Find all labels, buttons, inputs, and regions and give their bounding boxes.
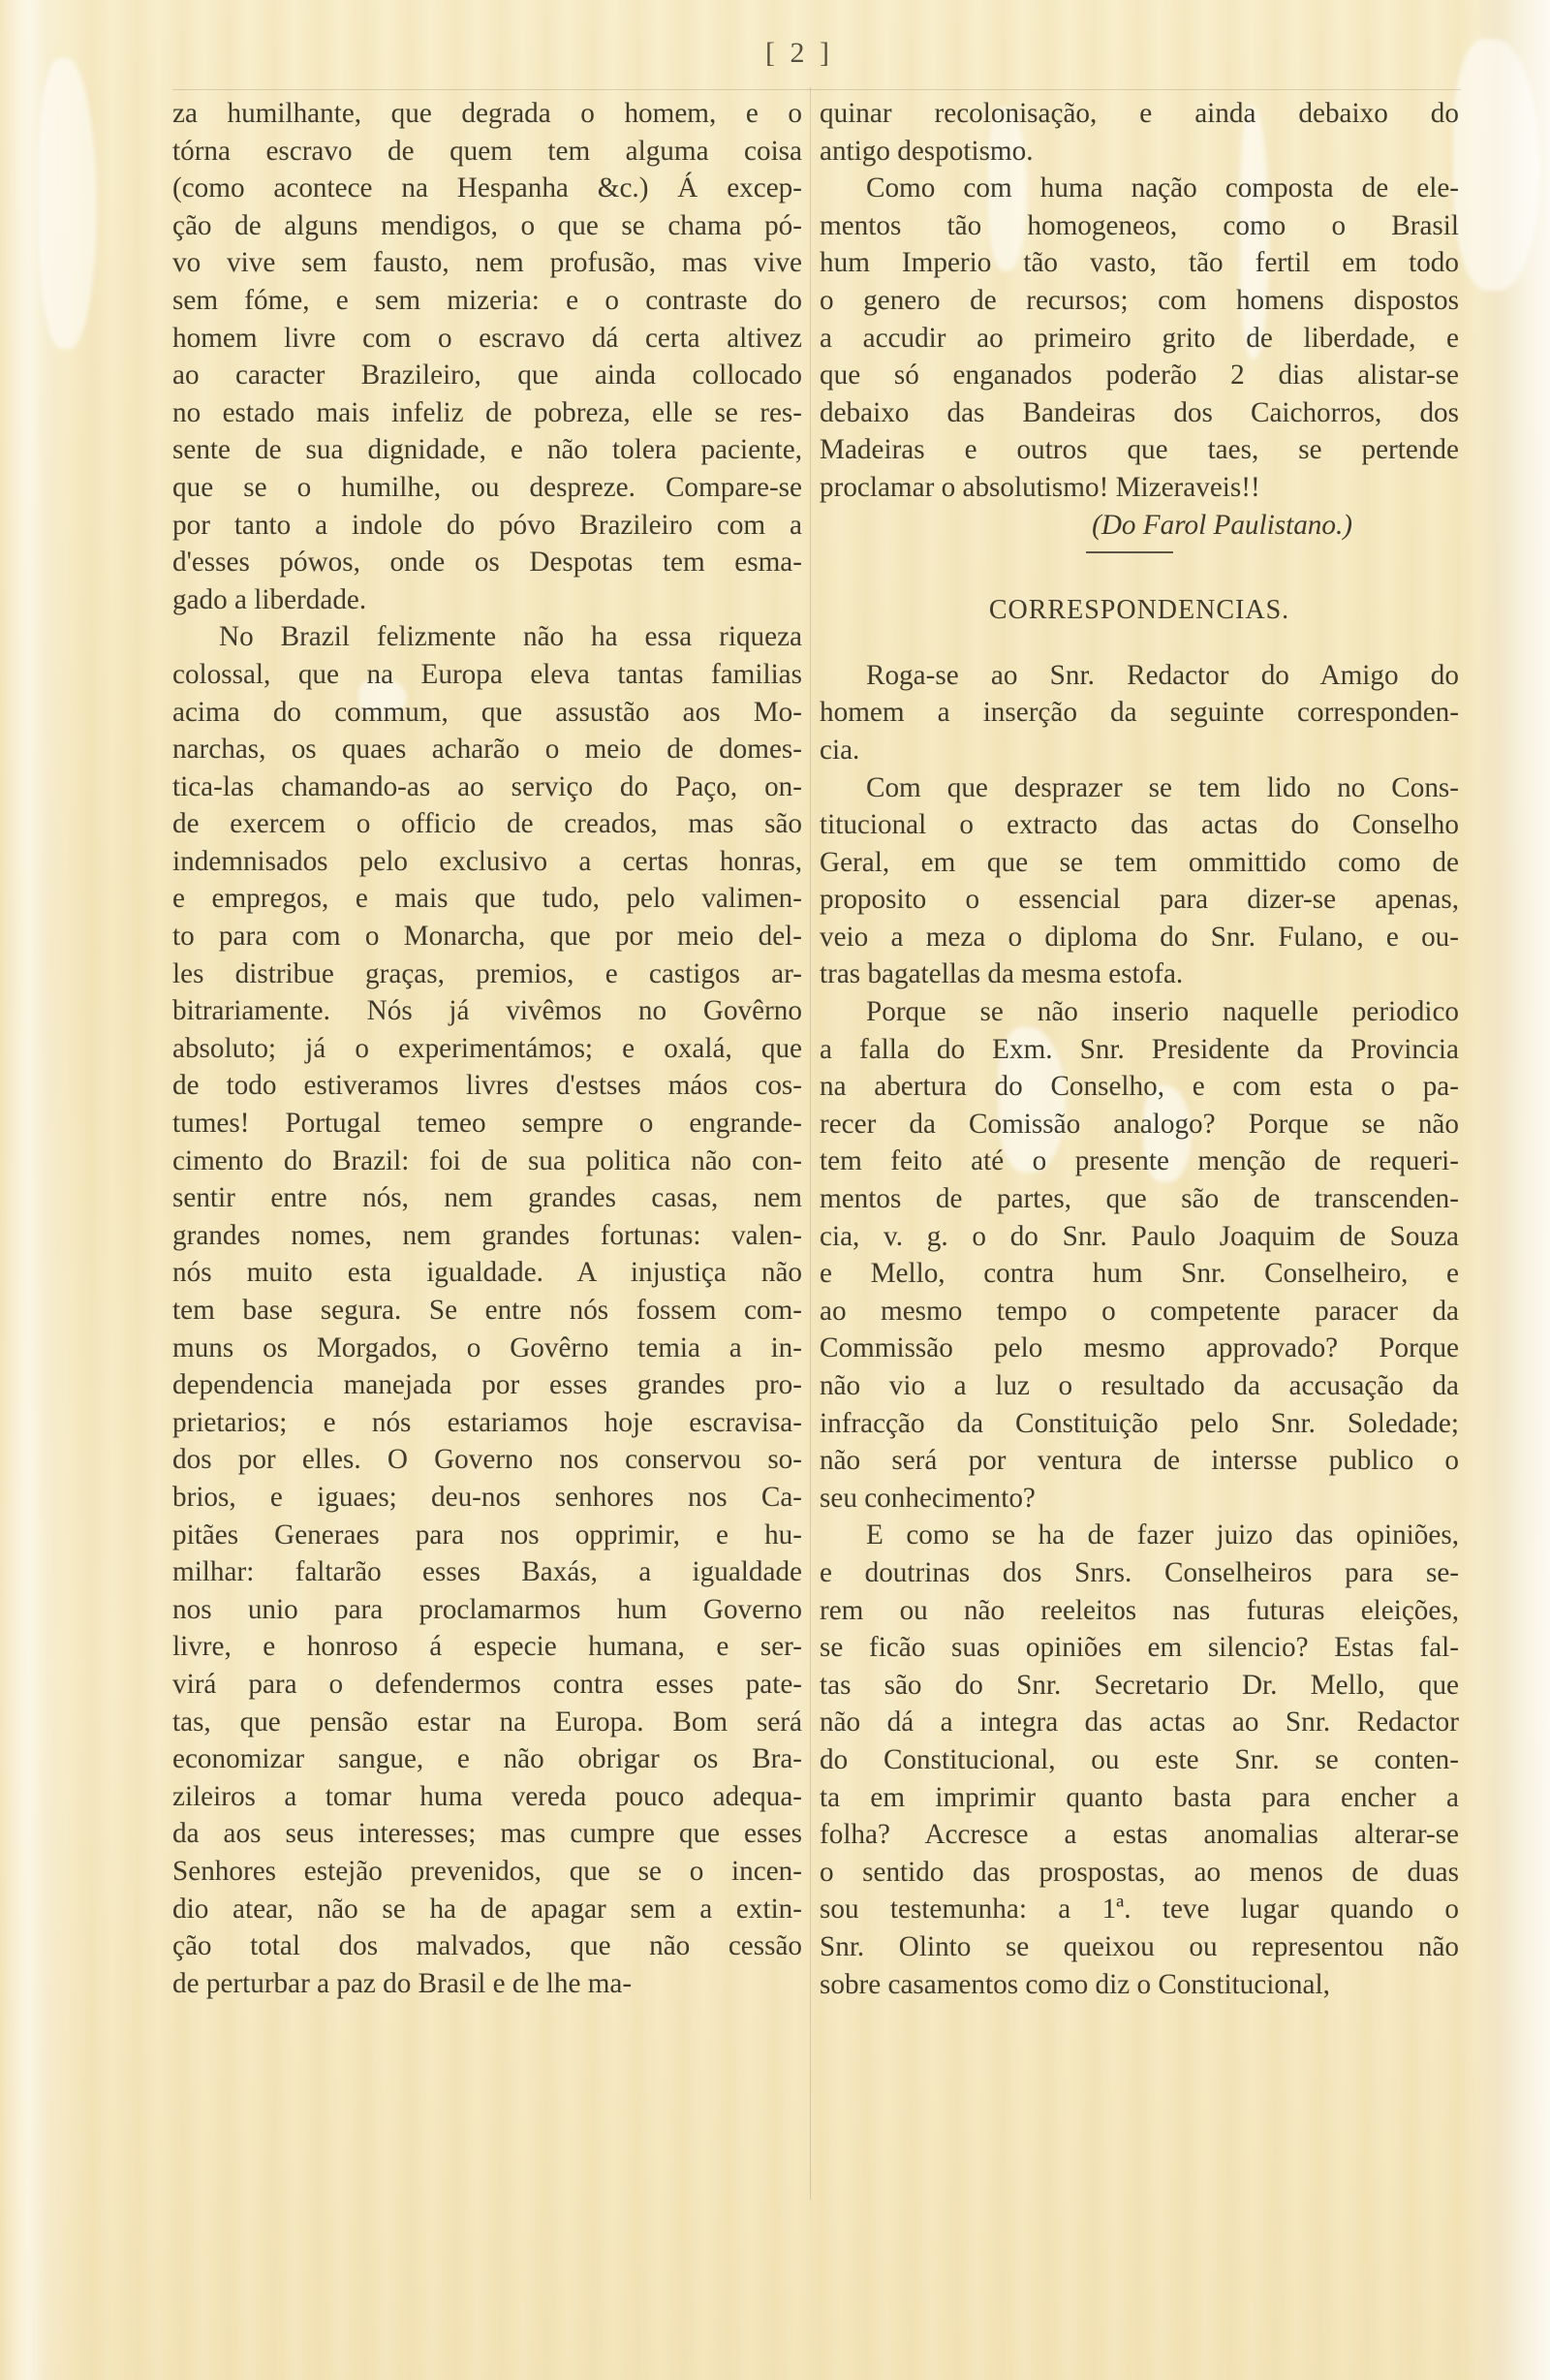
text-line: Snr. Olinto se queixou ou representou nã… [820,1928,1459,1966]
text-line: titucional o extracto das actas do Conse… [820,806,1459,844]
text-line: tem base segura. Se entre nós fossem com… [172,1292,802,1330]
text-line: Geral, em que se tem ommittido como de [820,844,1459,882]
column-divider [810,87,811,2200]
text-line: que só enganados poderão 2 dias alistar-… [820,357,1459,394]
text-line: tórna escravo de quem tem alguma coisa [172,133,802,171]
article-paragraph: za humilhante, que degrada o homem, e ot… [172,95,802,618]
section-heading: CORRESPONDENCIAS. [820,592,1459,630]
text-line: veio a meza o diploma do Snr. Fulano, e … [820,919,1459,956]
text-line: tem feito até o presente menção de reque… [820,1143,1459,1180]
text-line: prietarios; e nós estariamos hoje escrav… [172,1404,802,1442]
text-line: ao caracter Brazileiro, que ainda colloc… [172,357,802,394]
text-line: No Brazil felizmente não ha essa riqueza [172,618,802,656]
text-line: proposito o essencial para dizer-se apen… [820,881,1459,919]
text-line: economizar sangue, e não obrigar os Bra- [172,1740,802,1778]
text-line: sentir entre nós, nem grandes casas, nem [172,1179,802,1217]
text-line: acima do commum, que assustão aos Mo- [172,694,802,732]
text-line: Com que desprazer se tem lido no Cons- [820,769,1459,807]
text-line: tumes! Portugal temeo sempre o engrande- [172,1105,802,1143]
text-line: ao mesmo tempo o competente paracer da [820,1293,1459,1331]
text-line: o genero de recursos; com homens dispost… [820,282,1459,320]
text-line: tica-las chamando-as ao serviço do Paço,… [172,768,802,806]
text-line: sobre casamentos como diz o Constitucion… [820,1966,1459,2004]
text-line: de perturbar a paz do Brasil e de lhe ma… [172,1965,802,2003]
text-line: Como com huma nação composta de ele- [820,170,1459,207]
left-column: za humilhante, que degrada o homem, e ot… [172,95,802,2002]
text-line: absoluto; já o experimentámos; e oxalá, … [172,1030,802,1068]
text-line: les distribue graças, premios, e castigo… [172,955,802,993]
text-line: de exercem o officio de creados, mas são [172,805,802,843]
text-line: za humilhante, que degrada o homem, e o [172,95,802,133]
section-divider [1086,551,1173,553]
text-line: dio atear, não se ha de apagar sem a ext… [172,1891,802,1928]
text-line: cia, v. g. o do Snr. Paulo Joaquim de So… [820,1218,1459,1256]
text-line: ta em imprimir quanto basta para encher … [820,1779,1459,1817]
article-paragraph: E como se ha de fazer juizo das opiniões… [820,1517,1459,2003]
text-line: homem livre com o escravo dá certa altiv… [172,320,802,358]
text-line: d'esses pówos, onde os Despotas tem esma… [172,544,802,581]
text-line: e doutrinas dos Snrs. Conselheiros para … [820,1554,1459,1592]
page-number: [ 2 ] [765,37,833,70]
text-line: na abertura do Conselho, e com esta o pa… [820,1068,1459,1106]
text-line: cia. [820,732,1459,769]
text-line: não será por ventura de intersse publico… [820,1442,1459,1480]
text-line: E como se ha de fazer juizo das opiniões… [820,1517,1459,1554]
text-line: gado a liberdade. [172,581,802,619]
text-line: cimento do Brazil: foi de sua politica n… [172,1143,802,1180]
source-citation: (Do Farol Paulistano.) [820,507,1459,545]
text-line: que se o humilhe, ou despreze. Compare-s… [172,469,802,507]
text-line: Roga-se ao Snr. Redactor do Amigo do [820,657,1459,695]
text-line: nos unio para proclamarmos hum Governo [172,1591,802,1629]
text-line: da aos seus interesses; mas cumpre que e… [172,1815,802,1853]
text-line: do Constitucional, ou este Snr. se conte… [820,1741,1459,1779]
text-line: rem ou não reeleitos nas futuras eleiçõe… [820,1592,1459,1630]
text-line: ção de alguns mendigos, o que se chama p… [172,207,802,245]
text-line: ção total dos malvados, que não cessão [172,1927,802,1965]
text-line: debaixo das Bandeiras dos Caichorros, do… [820,394,1459,432]
text-line: Commissão pelo mesmo approvado? Porque [820,1330,1459,1367]
text-line: virá para o defendermos contra esses pat… [172,1666,802,1704]
text-line: mentos tão homogeneos, como o Brasil [820,207,1459,245]
text-line: a accudir ao primeiro grito de liberdade… [820,320,1459,358]
text-line: seu conhecimento? [820,1480,1459,1518]
text-line: sou testemunha: a 1ª. teve lugar quando … [820,1891,1459,1928]
text-line: zileiros a tomar huma vereda pouco adequ… [172,1778,802,1816]
text-line: mentos de partes, que são de transcenden… [820,1180,1459,1218]
text-line: tas, que pensão estar na Europa. Bom ser… [172,1704,802,1741]
text-line: muns os Morgados, o Govêrno temia a in- [172,1330,802,1367]
text-line: bitrariamente. Nós já vivêmos no Govêrno [172,992,802,1030]
text-line: pitães Generaes para nos opprimir, e hu- [172,1517,802,1554]
text-line: indemnisados pelo exclusivo a certas hon… [172,843,802,881]
text-line: vo vive sem fausto, nem profusão, mas vi… [172,244,802,282]
text-line: milhar: faltarão esses Baxás, a igualdad… [172,1553,802,1591]
text-line: antigo despotismo. [820,133,1459,171]
text-line: não dá a integra das actas ao Snr. Redac… [820,1704,1459,1741]
text-line: tas são do Snr. Secretario Dr. Mello, qu… [820,1667,1459,1705]
text-line: proclamar o absolutismo! Mizeraveis!! [820,469,1459,507]
text-line: livre, e honroso á especie humana, e ser… [172,1628,802,1666]
text-line: recer da Comissão analogo? Porque se não [820,1106,1459,1143]
article-paragraph: No Brazil felizmente não ha essa riqueza… [172,618,802,2002]
header-rule [172,89,1461,90]
text-line: se ficão suas opiniões em silencio? Esta… [820,1629,1459,1667]
text-line: homem a inserção da seguinte corresponde… [820,694,1459,732]
text-line: de todo estiveramos livres d'estses máos… [172,1067,802,1105]
text-line: (como acontece na Hespanha &c.) Á excep- [172,170,802,207]
text-line: sem fóme, e sem mizeria: e o contraste d… [172,282,802,320]
text-line: a falla do Exm. Snr. Presidente da Provi… [820,1031,1459,1069]
text-line: sente de sua dignidade, e não tolera pac… [172,431,802,469]
text-line: e Mello, contra hum Snr. Conselheiro, e [820,1255,1459,1293]
text-line: por tanto a indole do póvo Brazileiro co… [172,507,802,545]
text-line: Senhores estejão prevenidos, que se o in… [172,1853,802,1891]
text-line: tras bagatellas da mesma estofa. [820,955,1459,993]
text-line: folha? Accresce a estas anomalias altera… [820,1816,1459,1854]
text-line: narchas, os quaes acharão o meio de dome… [172,731,802,768]
text-line: Porque se não inserio naquelle periodico [820,993,1459,1031]
text-line: quinar recolonisação, e ainda debaixo do [820,95,1459,133]
text-line: colossal, que na Europa eleva tantas fam… [172,656,802,694]
article-paragraph: Com que desprazer se tem lido no Cons-ti… [820,769,1459,994]
text-line: dos por elles. O Governo nos conservou s… [172,1441,802,1479]
text-line: hum Imperio tão vasto, tão fertil em tod… [820,244,1459,282]
article-paragraph: Como com huma nação composta de ele-ment… [820,170,1459,506]
text-line: infracção da Constituição pelo Snr. Sole… [820,1405,1459,1443]
text-line: dependencia manejada por esses grandes p… [172,1366,802,1404]
text-line: nós muito esta igualdade. A injustiça nã… [172,1254,802,1292]
text-line: não vio a luz o resultado da accusação d… [820,1367,1459,1405]
right-column: quinar recolonisação, e ainda debaixo do… [820,95,1459,2003]
text-line: e empregos, e mais que tudo, pelo valime… [172,880,802,918]
text-line: to para com o Monarcha, que por meio del… [172,918,802,955]
article-paragraph: Roga-se ao Snr. Redactor do Amigo dohome… [820,657,1459,769]
article-paragraph: quinar recolonisação, e ainda debaixo do… [820,95,1459,170]
text-line: Madeiras e outros que taes, se pertende [820,431,1459,469]
text-line: brios, e iguaes; deu-nos senhores nos Ca… [172,1479,802,1517]
text-line: o sentido das prospostas, ao menos de du… [820,1854,1459,1892]
text-line: no estado mais infeliz de pobreza, elle … [172,394,802,432]
text-line: grandes nomes, nem grandes fortunas: val… [172,1217,802,1255]
article-paragraph: Porque se não inserio naquelle periodico… [820,993,1459,1517]
